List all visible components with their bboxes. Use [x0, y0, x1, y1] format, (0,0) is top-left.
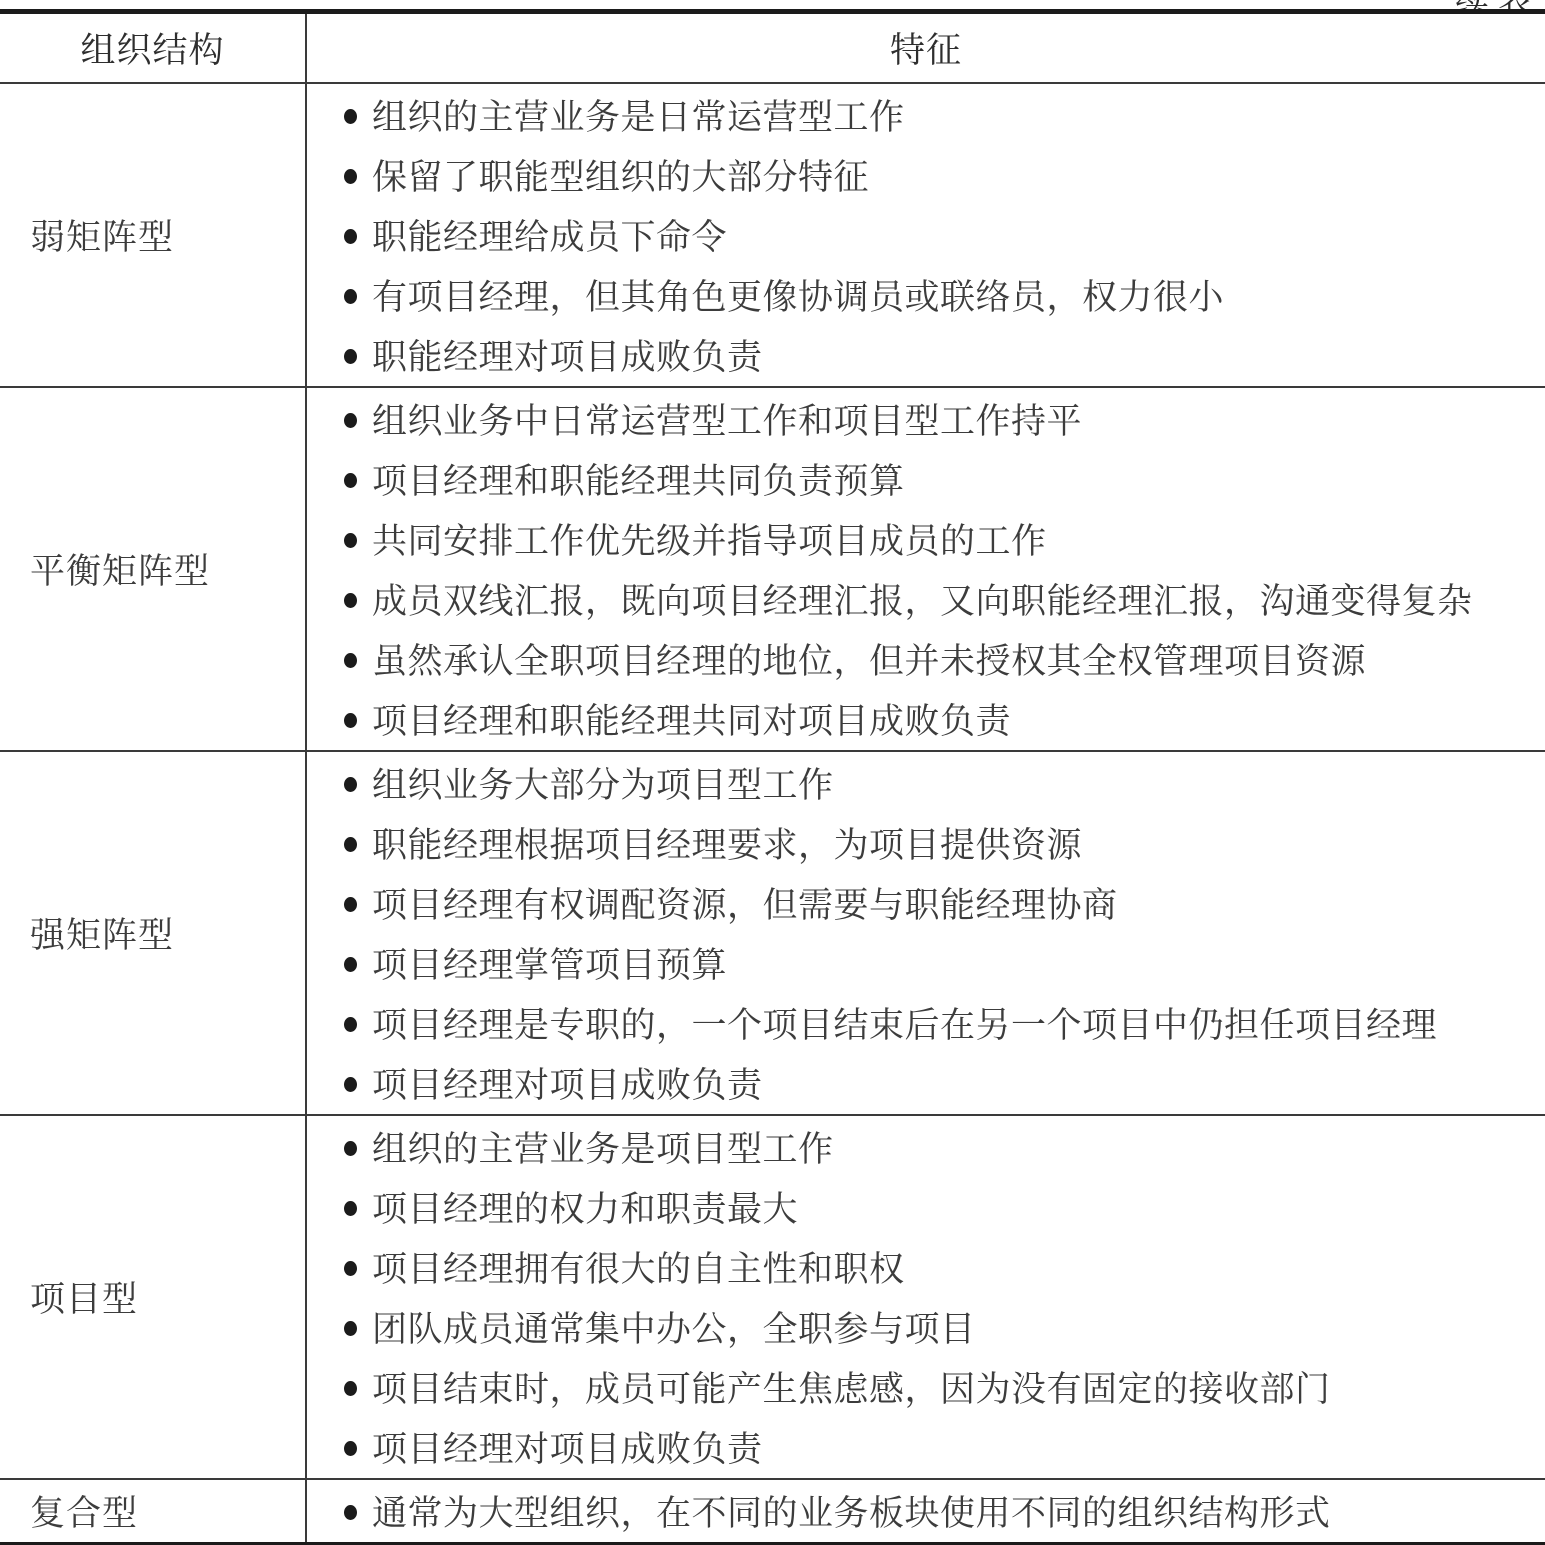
feature-text: 项目经理掌管项目预算	[372, 938, 727, 988]
table-body: 弱矩阵型 组织的主营业务是日常运营型工作 保留了职能型组织的大部分特征 职能经理…	[0, 84, 1545, 1542]
table-row-弱矩阵型: 弱矩阵型 组织的主营业务是日常运营型工作 保留了职能型组织的大部分特征 职能经理…	[0, 84, 1545, 388]
features-cell: 组织业务大部分为项目型工作 职能经理根据项目经理要求，为项目提供资源 项目经理有…	[307, 752, 1545, 1114]
bullet-icon	[344, 837, 357, 852]
bullet-icon	[344, 1141, 357, 1156]
structure-type-cell: 强矩阵型	[0, 752, 307, 1114]
feature-item: 共同安排工作优先级并指导项目成员的工作	[307, 509, 1545, 569]
table-header-row: 组织结构 特征	[0, 14, 1545, 84]
bullet-icon	[344, 653, 357, 668]
structure-type-cell: 复合型	[0, 1480, 307, 1542]
feature-text: 共同安排工作优先级并指导项目成员的工作	[372, 514, 1047, 564]
bullet-icon	[344, 169, 357, 184]
bullet-icon	[344, 957, 357, 972]
feature-list: 通常为大型组织，在不同的业务板块使用不同的组织结构形式	[307, 1481, 1545, 1541]
feature-text: 成员双线汇报，既向项目经理汇报，又向职能经理汇报，沟通变得复杂	[372, 574, 1473, 624]
table-row-强矩阵型: 强矩阵型 组织业务大部分为项目型工作 职能经理根据项目经理要求，为项目提供资源 …	[0, 752, 1545, 1116]
feature-text: 虽然承认全职项目经理的地位，但并未授权其全权管理项目资源	[372, 634, 1366, 684]
structure-type-cell: 平衡矩阵型	[0, 388, 307, 750]
feature-text: 组织的主营业务是项目型工作	[372, 1122, 834, 1172]
table-row-平衡矩阵型: 平衡矩阵型 组织业务中日常运营型工作和项目型工作持平 项目经理和职能经理共同负责…	[0, 388, 1545, 752]
feature-text: 项目经理和职能经理共同对项目成败负责	[372, 694, 1011, 744]
feature-text: 职能经理对项目成败负责	[372, 330, 763, 380]
feature-item: 有项目经理，但其角色更像协调员或联络员，权力很小	[307, 265, 1545, 325]
bullet-icon	[344, 289, 357, 304]
bullet-icon	[344, 229, 357, 244]
features-cell: 组织的主营业务是日常运营型工作 保留了职能型组织的大部分特征 职能经理给成员下命…	[307, 84, 1545, 386]
feature-item: 组织的主营业务是日常运营型工作	[307, 85, 1545, 145]
feature-item: 虽然承认全职项目经理的地位，但并未授权其全权管理项目资源	[307, 629, 1545, 689]
feature-text: 项目经理对项目成败负责	[372, 1058, 763, 1108]
feature-item: 保留了职能型组织的大部分特征	[307, 145, 1545, 205]
feature-text: 项目经理有权调配资源，但需要与职能经理协商	[372, 878, 1118, 928]
structure-type-label: 平衡矩阵型	[30, 544, 210, 594]
bullet-icon	[344, 1505, 357, 1520]
feature-text: 项目经理拥有很大的自主性和职权	[372, 1242, 905, 1292]
structure-type-cell: 项目型	[0, 1116, 307, 1478]
header-cell-features: 特征	[307, 14, 1545, 82]
feature-item: 职能经理对项目成败负责	[307, 325, 1545, 385]
feature-item: 组织业务大部分为项目型工作	[307, 753, 1545, 813]
bullet-icon	[344, 1321, 357, 1336]
features-cell: 组织业务中日常运营型工作和项目型工作持平 项目经理和职能经理共同负责预算 共同安…	[307, 388, 1545, 750]
table-row-项目型: 项目型 组织的主营业务是项目型工作 项目经理的权力和职责最大 项目经理拥有很大的…	[0, 1116, 1545, 1480]
table-row-复合型: 复合型 通常为大型组织，在不同的业务板块使用不同的组织结构形式	[0, 1480, 1545, 1542]
feature-item: 职能经理给成员下命令	[307, 205, 1545, 265]
feature-text: 组织的主营业务是日常运营型工作	[372, 90, 905, 140]
bullet-icon	[344, 1261, 357, 1276]
organization-structure-table: 组织结构 特征 弱矩阵型 组织的主营业务是日常运营型工作 保留了职能型组织的大部…	[0, 9, 1545, 1545]
feature-text: 保留了职能型组织的大部分特征	[372, 150, 869, 200]
bullet-icon	[344, 1441, 357, 1456]
feature-text: 项目经理和职能经理共同负责预算	[372, 454, 905, 504]
feature-item: 项目经理掌管项目预算	[307, 933, 1545, 993]
structure-type-label: 弱矩阵型	[30, 210, 174, 260]
feature-text: 组织业务中日常运营型工作和项目型工作持平	[372, 394, 1082, 444]
structure-type-label: 复合型	[30, 1486, 138, 1536]
feature-item: 通常为大型组织，在不同的业务板块使用不同的组织结构形式	[307, 1481, 1545, 1541]
bullet-icon	[344, 533, 357, 548]
continued-table-label: 续表	[1401, 0, 1541, 9]
feature-item: 项目经理有权调配资源，但需要与职能经理协商	[307, 873, 1545, 933]
feature-item: 项目结束时，成员可能产生焦虑感，因为没有固定的接收部门	[307, 1357, 1545, 1417]
feature-item: 项目经理和职能经理共同对项目成败负责	[307, 689, 1545, 749]
feature-list: 组织的主营业务是日常运营型工作 保留了职能型组织的大部分特征 职能经理给成员下命…	[307, 85, 1545, 385]
feature-text: 团队成员通常集中办公，全职参与项目	[372, 1302, 976, 1352]
feature-item: 项目经理的权力和职责最大	[307, 1177, 1545, 1237]
feature-text: 组织业务大部分为项目型工作	[372, 758, 834, 808]
feature-item: 项目经理对项目成败负责	[307, 1417, 1545, 1477]
bullet-icon	[344, 109, 357, 124]
bullet-icon	[344, 413, 357, 428]
feature-list: 组织业务中日常运营型工作和项目型工作持平 项目经理和职能经理共同负责预算 共同安…	[307, 389, 1545, 749]
feature-text: 职能经理根据项目经理要求，为项目提供资源	[372, 818, 1082, 868]
bullet-icon	[344, 593, 357, 608]
feature-item: 团队成员通常集中办公，全职参与项目	[307, 1297, 1545, 1357]
document-page: 续表 组织结构 特征 弱矩阵型 组织的主营业务是日常运营型工作 保留了职能型组织…	[0, 0, 1545, 1545]
bullet-icon	[344, 349, 357, 364]
bullet-icon	[344, 1077, 357, 1092]
feature-item: 项目经理是专职的，一个项目结束后在另一个项目中仍担任项目经理	[307, 993, 1545, 1053]
continued-table-marker: 续表	[1401, 0, 1541, 9]
bullet-icon	[344, 1201, 357, 1216]
structure-type-cell: 弱矩阵型	[0, 84, 307, 386]
feature-item: 职能经理根据项目经理要求，为项目提供资源	[307, 813, 1545, 873]
feature-item: 项目经理和职能经理共同负责预算	[307, 449, 1545, 509]
feature-text: 职能经理给成员下命令	[372, 210, 727, 260]
bullet-icon	[344, 1381, 357, 1396]
structure-type-label: 强矩阵型	[30, 908, 174, 958]
features-cell: 组织的主营业务是项目型工作 项目经理的权力和职责最大 项目经理拥有很大的自主性和…	[307, 1116, 1545, 1478]
feature-text: 有项目经理，但其角色更像协调员或联络员，权力很小	[372, 270, 1224, 320]
feature-item: 组织业务中日常运营型工作和项目型工作持平	[307, 389, 1545, 449]
feature-text: 通常为大型组织，在不同的业务板块使用不同的组织结构形式	[372, 1486, 1331, 1536]
features-cell: 通常为大型组织，在不同的业务板块使用不同的组织结构形式	[307, 1480, 1545, 1542]
bullet-icon	[344, 713, 357, 728]
feature-text: 项目经理是专职的，一个项目结束后在另一个项目中仍担任项目经理	[372, 998, 1437, 1048]
feature-list: 组织的主营业务是项目型工作 项目经理的权力和职责最大 项目经理拥有很大的自主性和…	[307, 1117, 1545, 1477]
structure-type-label: 项目型	[30, 1272, 138, 1322]
feature-item: 组织的主营业务是项目型工作	[307, 1117, 1545, 1177]
header-cell-structure: 组织结构	[0, 14, 307, 82]
bullet-icon	[344, 473, 357, 488]
feature-list: 组织业务大部分为项目型工作 职能经理根据项目经理要求，为项目提供资源 项目经理有…	[307, 753, 1545, 1113]
feature-text: 项目经理对项目成败负责	[372, 1422, 763, 1472]
feature-text: 项目经理的权力和职责最大	[372, 1182, 798, 1232]
feature-item: 成员双线汇报，既向项目经理汇报，又向职能经理汇报，沟通变得复杂	[307, 569, 1545, 629]
feature-text: 项目结束时，成员可能产生焦虑感，因为没有固定的接收部门	[372, 1362, 1331, 1412]
feature-item: 项目经理拥有很大的自主性和职权	[307, 1237, 1545, 1297]
bullet-icon	[344, 1017, 357, 1032]
bullet-icon	[344, 777, 357, 792]
feature-item: 项目经理对项目成败负责	[307, 1053, 1545, 1113]
bullet-icon	[344, 897, 357, 912]
